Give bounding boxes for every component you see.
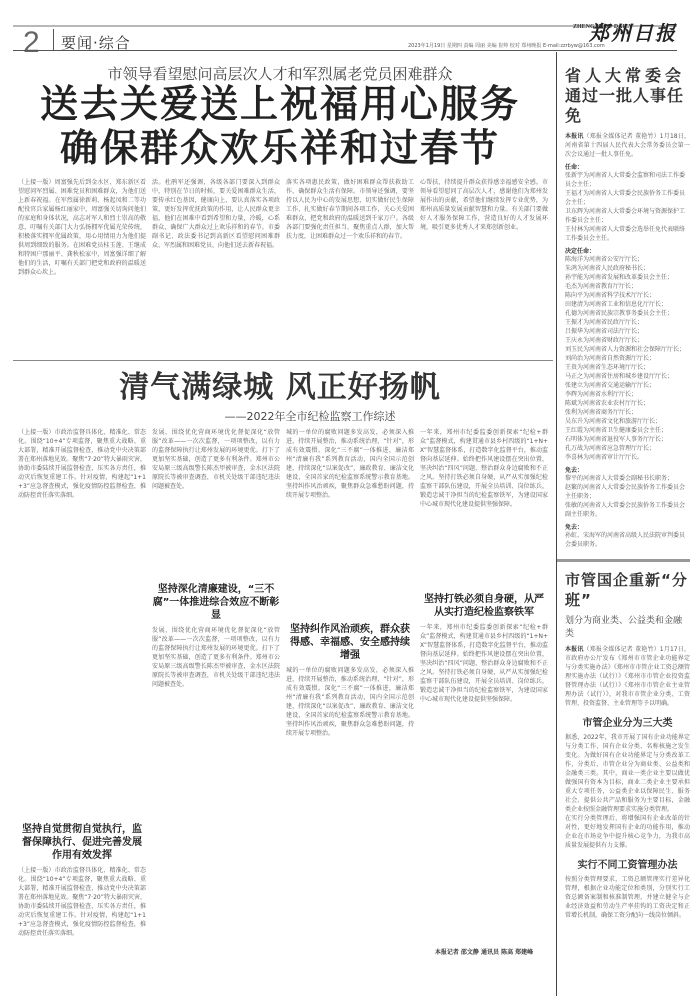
article2-column-1: （上接一版）市政治监督具体化、精准化、常态化。围绕“10+4”专项监督，聚焦重大…: [18, 428, 146, 988]
paragraph: 据悉，2022年，我市开展了国有企业功能界定与分类工作，国有企业分类、名称核施之…: [565, 733, 690, 814]
list-item: 王贵为河南省生态环境厅厅长；: [565, 363, 690, 372]
story1: 省人大常委会 通过一批人事任免 本报讯（郑报全媒体记者 董艳竹）1月18日，河南…: [565, 66, 690, 549]
lead-label: 本报讯: [565, 646, 584, 653]
header-bottom-rule: [13, 50, 677, 51]
story2-title: 市管国企重新“分班”: [565, 570, 690, 610]
article2-paragraph: 发展，围绕优化营商环境优化督促深化“放管服”改革——一次次监督，一项项整改，以有…: [152, 428, 280, 578]
list-item: 黎平的河南省人大常委会副秘书长职务；: [565, 474, 690, 483]
list-item: 孔德为河南省民族宗教事务委员会主任；: [565, 309, 690, 318]
group-label: 免去：: [565, 522, 690, 531]
list-item: 朱鸿为河南省人民政府秘书长；: [565, 264, 690, 273]
article2-column-3: 城的一单位的腐败问题多发高发，必须深入推进，持续开展整治，推动系统治理，“针对”…: [286, 428, 414, 988]
article2-paragraph: 城的一单位的腐败问题多发高发，必须深入推进，持续开展整治，推动系统治理，“针对”…: [286, 428, 414, 618]
article2-paragraph: （上接一版）市政治监督具体化、精准化、常态化。围绕“10+4”专项监督，聚焦重大…: [18, 866, 146, 996]
story1-title-line-2: 通过一批人事任免: [565, 86, 690, 126]
list-item: 孙虹、宋海军的河南省高级人民法院审判委员会委员职务。: [565, 531, 690, 549]
list-item: 吕振华为河南省司法厅厅长；: [565, 327, 690, 336]
story1-title-line-1: 省人大常委会: [565, 66, 690, 86]
article2-paragraph: 城的一单位的腐败问题多发高发，必须深入推进，持续开展整治，推动系统治理，“针对”…: [286, 666, 414, 986]
article1-kicker: 市领导看望慰问高层次人才和军烈属老党员困难群众: [95, 63, 465, 84]
article2-byline: 本报记者 邵文静 通讯员 陈高 郑建峰: [420, 947, 548, 956]
list-item: 陈向平为河南省科学技术厅厅长；: [565, 291, 690, 300]
list-item: 张敏的河南省人大常委会民族侨务工作委员会副主任职务。: [565, 501, 690, 519]
list-item: 王振才为河南省民政厅厅长；: [565, 318, 690, 327]
list-item: 田建清为河南省工业和信息化厅厅长；: [565, 300, 690, 309]
story2-subhead-1: 市管企业分为三大类: [565, 714, 690, 729]
date-line: 2023年1月19日 星期四 责编 周丽 美编 崔帅 校对 郑州晚报 E-mai…: [408, 42, 605, 49]
lead-text: （郑报全媒体记者 董艳竹）1月18日，河南省第十四届人民代表大会常务委员会第一次…: [565, 133, 690, 158]
page-number: 2: [23, 28, 40, 58]
article1-column-3: 落实各项惠民政策，做好困难群众帮扶救助工作，确保群众生活有保障。市领导还强调，要…: [286, 178, 414, 354]
article2-subhead-3: 坚持深化清廉建设，“三不腐”一体推进综合效应不断彰显: [152, 583, 280, 622]
list-item: 王付林为河南省人大常委会选举任免代表联络工作委员会主任。: [565, 225, 690, 243]
article1-headline: 送去关爱送上祝福用心服务 确保群众欢乐祥和过春节: [20, 82, 540, 170]
list-item: 卫东辉为河南省人大常委会环境与资源保护工作委员会主任；: [565, 207, 690, 225]
article1-column-2: 活。杜鹃军还强调，各级各部门要深入到群众中，特别在节日的时候，要关爱困难群众生活…: [152, 178, 280, 354]
lead-label: 本报讯: [565, 133, 584, 140]
headline-line-1: 送去关爱送上祝福用心服务: [20, 82, 540, 126]
story2-subhead-2: 实行不同工资管理办法: [565, 856, 690, 871]
list-item: 赵繁的河南省人大常委会民族侨务工作委员会主任职务；: [565, 483, 690, 501]
header-separator: [53, 29, 54, 51]
right-sidebar: 省人大常委会 通过一批人事任免 本报讯（郑报全媒体记者 董艳竹）1月18日，河南…: [556, 52, 690, 996]
list-item: 张新宇为河南省人大常委会监察和司法工作委员会主任；: [565, 171, 690, 189]
sidebar-divider: [557, 559, 690, 562]
list-item: 李喜林为河南省审计厅厅长。: [565, 453, 690, 462]
article2-paragraph: 发展，围绕优化营商环境优化督促深化“放管服”改革——一次次监督，一项项整改，以有…: [152, 626, 280, 986]
list-item: 王庆永为河南省财政厅厅长；: [565, 336, 690, 345]
list-item: 陈斌为河南省农业农村厅厅长；: [565, 399, 690, 408]
article1-column-4: 心帮扶，持续提升群众获得感幸福感安全感。市领导看望慰问了高层次人才，感谢他们为郑…: [420, 178, 548, 354]
article2-column-2: 发展，围绕优化营商环境优化督促深化“放管服”改革——一次次监督，一项项整改，以有…: [152, 428, 280, 988]
group-label: 免去：: [565, 465, 690, 474]
story2-subtitle: 划分为商业类、公益类和金融类: [565, 613, 690, 639]
group-label: 任命：: [565, 162, 690, 171]
list-item: 李辉为河南省水利厅厅长；: [565, 390, 690, 399]
list-item: 刘尚治为河南省自然资源厅厅长；: [565, 354, 690, 363]
group-label: 决定任命：: [565, 246, 690, 255]
list-item: 孙宇能为河南省发展和改革委员会主任；: [565, 273, 690, 282]
paragraph: 在实行分类管理后，将增强国有企业改革的针对性，更好地发挥国有企业的功能作用，推动…: [565, 814, 690, 850]
paragraph: 按照分类管理要求，工资总额管理实行差异化管理，根据企业功能定位和类别，分别实行工…: [565, 875, 690, 920]
article2-subtitle: ——2022年全市纪检监察工作综述: [190, 408, 430, 424]
article2-subhead-4: 坚持纠作风治顽疾，群众获得感、幸福感、安全感持续增强: [286, 623, 414, 662]
article1-column-1: （上接一版）周富强先后到金水区、郑东新区看望慰问军烈属、困难党员和困难群众，为他…: [18, 178, 146, 354]
article-divider: [13, 360, 553, 361]
list-item: 王福才为河南省人大常委会民族侨务工作委员会主任；: [565, 189, 690, 207]
page-header: 2 要闻·综合 ZHENGZHOU DAILY 郑州日报: [13, 0, 677, 42]
article2-paragraph: （上接一版）市政治监督具体化、精准化、常态化。围绕“10+4”专项监督，聚焦重大…: [18, 428, 146, 818]
article2-paragraph: 一年来，郑州市纪委监委创新探索“纪检+群众”监督模式，构建贯通市县乡村四级的“1…: [420, 428, 548, 588]
list-item: 吴东升为河南省文化和旅游厅厅长；: [565, 417, 690, 426]
list-item: 陈海洋为河南省公安厅厅长；: [565, 255, 690, 264]
list-item: 王红霞为河南省卫生健康委员会主任；: [565, 426, 690, 435]
story2-lead: 本报讯（郑报全媒体记者 董艳竹）1月17日，市政府办公厅发布《郑州市市管企业功能…: [565, 645, 690, 708]
lead-text: （郑报全媒体记者 董艳竹）1月17日，市政府办公厅发布《郑州市市管企业功能界定与…: [565, 646, 690, 707]
article2-column-4: 一年来，郑州市纪委监委创新探索“纪检+群众”监督模式，构建贯通市县乡村四级的“1…: [420, 428, 548, 988]
headline-line-2: 确保群众欢乐祥和过春节: [20, 126, 540, 170]
list-item: 张建立为河南省交通运输厅厅长；: [565, 381, 690, 390]
list-item: 张利为河南省商务厅厅长；: [565, 408, 690, 417]
story1-lead: 本报讯（郑报全媒体记者 董艳竹）1月18日，河南省第十四届人民代表大会常务委员会…: [565, 132, 690, 159]
article2-headline: 清气满绿城 风正好扬帆: [100, 370, 460, 406]
list-item: 马正之为河南省住房和城乡建设厅厅长；: [565, 372, 690, 381]
list-item: 孔万战为河南省应急管理厅厅长；: [565, 444, 690, 453]
story2: 市管国企重新“分班” 划分为商业类、公益类和金融类 本报讯（郑报全媒体记者 董艳…: [565, 570, 690, 920]
article2-paragraph: 一年来，郑州市纪委监委创新探索“纪检+群众”监督模式，构建贯通市县乡村四级的“1…: [420, 623, 548, 943]
article2-subhead-2: 坚持自觉贯彻自觉执行，监督保障执行、促进完善发展作用有效发挥: [18, 823, 146, 862]
list-item: 毛杰为河南省教育厅厅长；: [565, 282, 690, 291]
list-item: 刘玉民为河南省人力资源和社会保障厅厅长；: [565, 345, 690, 354]
list-item: 石明体为河南省退役军人事务厅厅长；: [565, 435, 690, 444]
article2-subhead-5: 坚持打铁必须自身硬，从严从实打造纪检监察铁军: [420, 593, 548, 619]
